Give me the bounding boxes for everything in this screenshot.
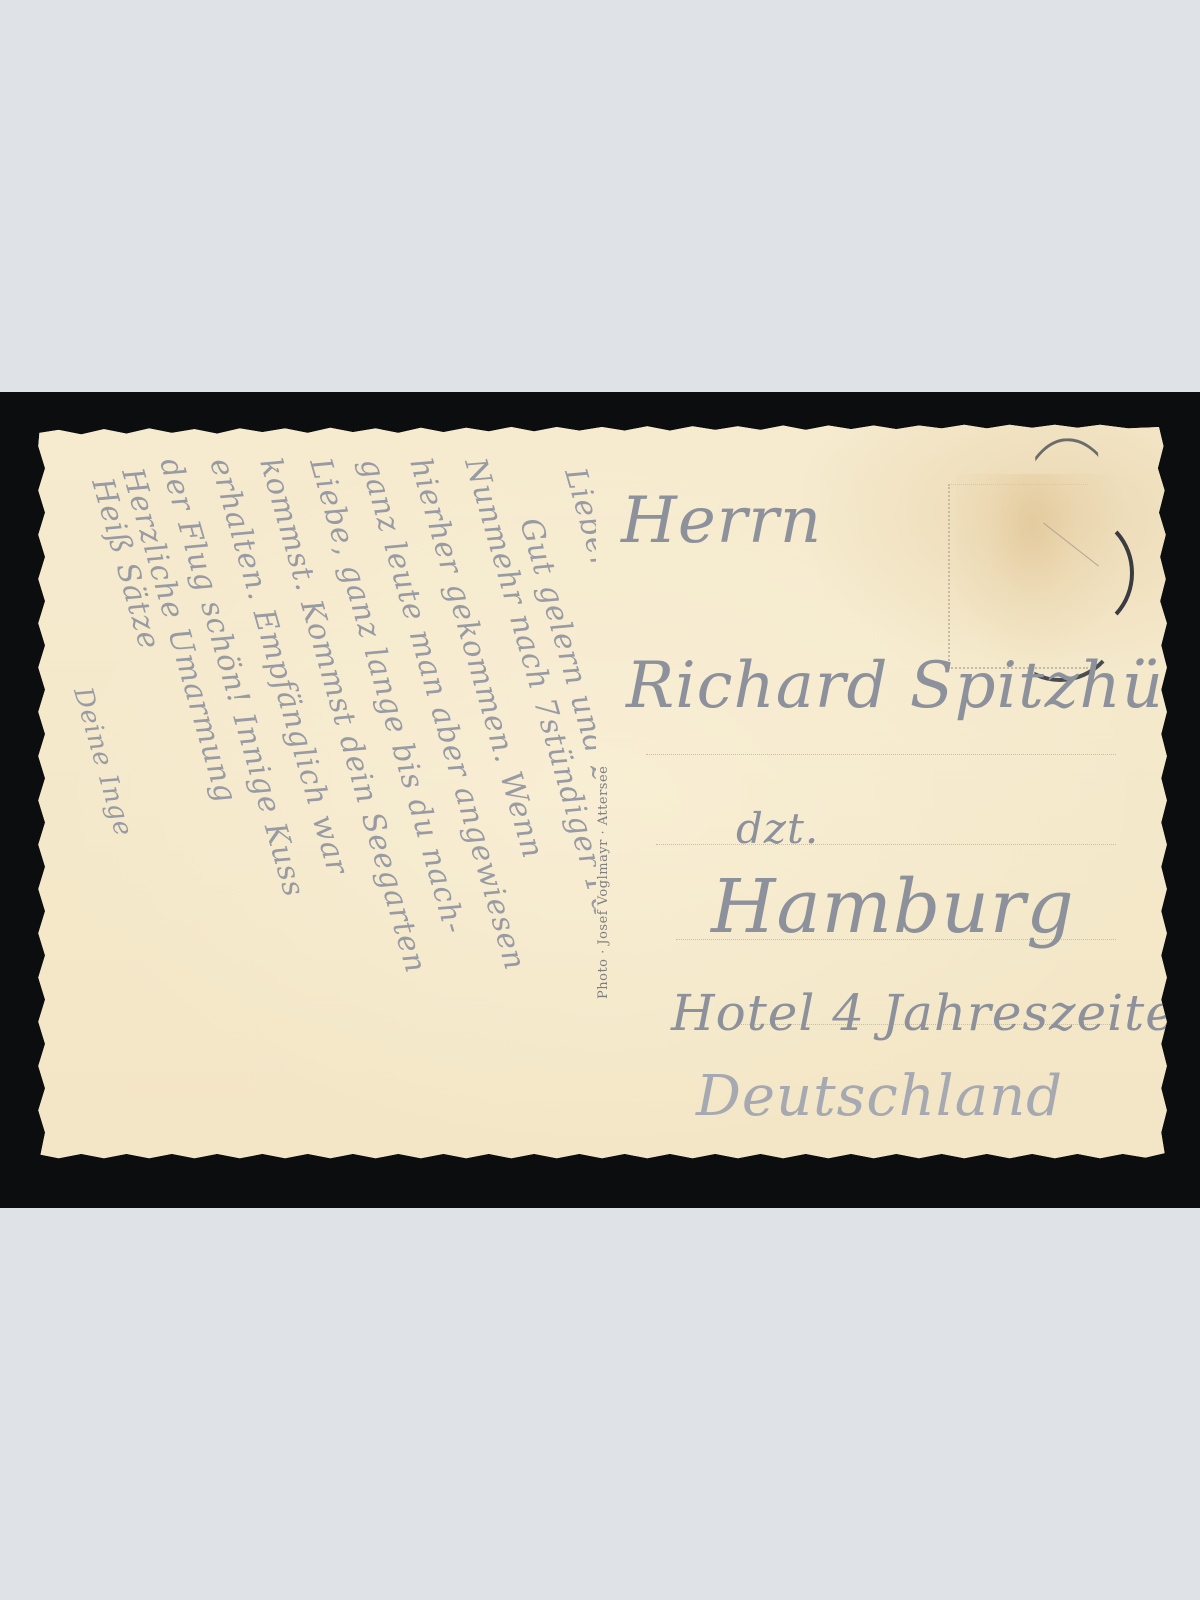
photographer-credit: Photo · Josef Voglmayr · Attersee bbox=[596, 766, 611, 999]
address-hotel: Hotel 4 Jahreszeiten bbox=[671, 984, 1200, 1042]
address-country: Deutschland bbox=[696, 1064, 1063, 1129]
address-line bbox=[656, 844, 1116, 845]
address-prefix: dzt. bbox=[736, 804, 819, 853]
message-signature: Deine Inge bbox=[67, 684, 138, 840]
photo-frame: Lieber Richard! Gut gelern und zurück Nu… bbox=[0, 392, 1200, 1208]
address-name: Richard Spitzhütte bbox=[626, 649, 1200, 723]
postcard: Lieber Richard! Gut gelern und zurück Nu… bbox=[36, 424, 1168, 1162]
address-line bbox=[646, 754, 1116, 755]
handwritten-message: Lieber Richard! Gut gelern und zurück Nu… bbox=[36, 424, 596, 1162]
address-city: Hamburg bbox=[711, 864, 1075, 950]
address-salutation: Herrn bbox=[621, 484, 822, 558]
stamp-placeholder-box bbox=[948, 484, 1088, 669]
